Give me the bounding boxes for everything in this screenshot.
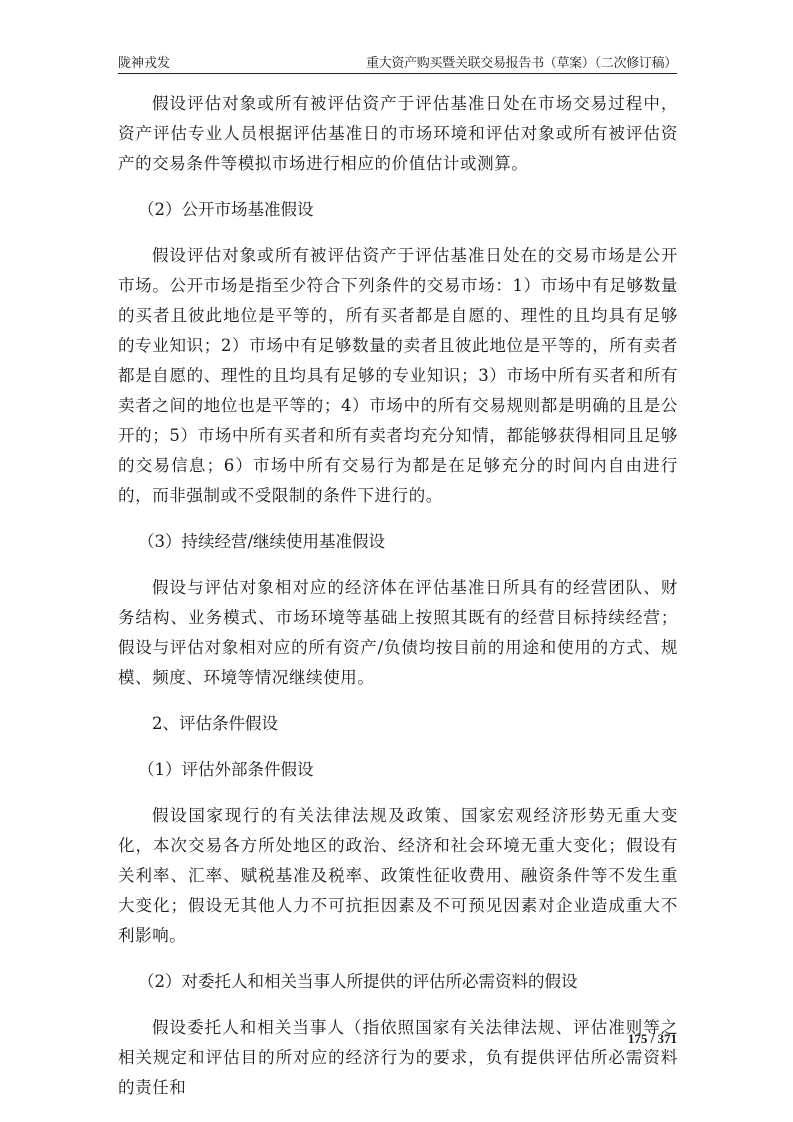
heading-external-conditions: （1）评估外部条件假设: [118, 755, 678, 785]
document-body: 假设评估对象或所有被评估资产于评估基准日处在市场交易过程中，资产评估专业人员根据…: [118, 89, 678, 1119]
page-header: 陇神戎发 重大资产购买暨关联交易报告书（草案）（二次修订稿）: [118, 54, 677, 74]
page-number: 175 / 371: [600, 1031, 677, 1047]
heading-materials-assumption: （2）对委托人和相关当事人所提供的评估所必需资料的假设: [118, 967, 678, 997]
paragraph-materials: 假设委托人和相关当事人（指依照国家有关法律法规、评估准则等之相关规定和评估目的所…: [118, 1013, 678, 1103]
paragraph-open-market: 假设评估对象或所有被评估资产于评估基准日处在的交易市场是公开市场。公开市场是指至…: [118, 241, 678, 511]
heading-open-market-assumption: （2）公开市场基准假设: [118, 195, 678, 225]
header-document-title: 重大资产购买暨关联交易报告书（草案）（二次修订稿）: [366, 52, 677, 71]
heading-evaluation-conditions: 2、评估条件假设: [118, 709, 678, 739]
paragraph-external-conditions: 假设国家现行的有关法律法规及政策、国家宏观经济形势无重大变化，本次交易各方所处地…: [118, 801, 678, 951]
paragraph-market-transaction: 假设评估对象或所有被评估资产于评估基准日处在市场交易过程中，资产评估专业人员根据…: [118, 89, 678, 179]
header-company: 陇神戎发: [118, 52, 170, 71]
paragraph-going-concern: 假设与评估对象相对应的经济体在评估基准日所具有的经营团队、财务结构、业务模式、市…: [118, 573, 678, 693]
heading-going-concern-assumption: （3）持续经营/继续使用基准假设: [118, 527, 678, 557]
